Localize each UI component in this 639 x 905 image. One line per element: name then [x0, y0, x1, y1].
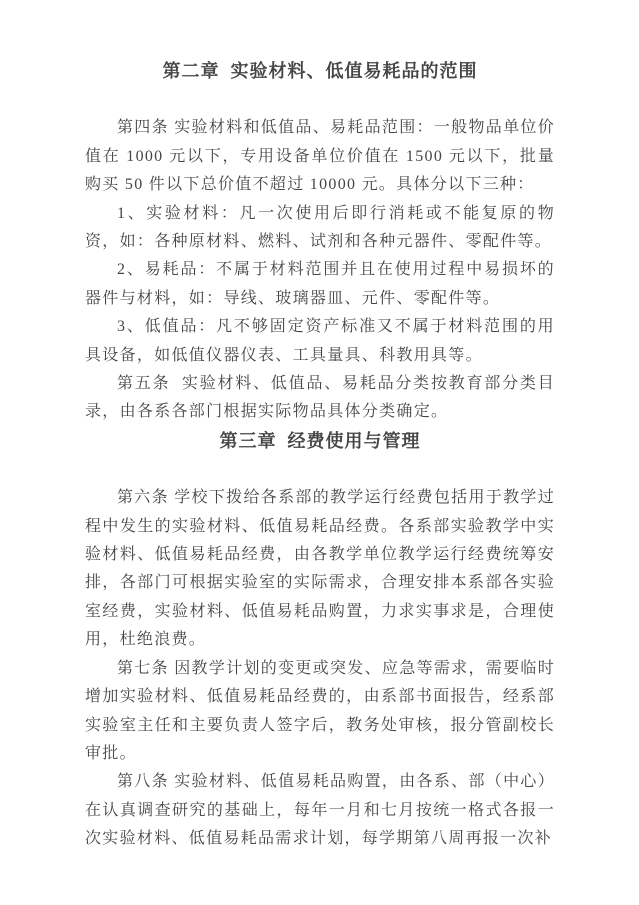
article-6-paragraph: 第六条 学校下拨给各系部的教学运行经费包括用于教学过程中发生的实验材料、低值易耗… — [85, 484, 555, 654]
chapter-3-heading: 第三章 经费使用与管理 — [85, 427, 555, 456]
item-3-low-value-goods: 3、低值品：凡不够固定资产标准又不属于材料范围的用具设备，如低值仪器仪表、工具量… — [85, 313, 555, 370]
article-8-paragraph: 第八条 实验材料、低值易耗品购置，由各系、部（中心）在认真调查研究的基础上，每年… — [85, 768, 555, 853]
article-4-paragraph: 第四条 实验材料和低值品、易耗品范围：一般物品单位价值在 1000 元以下，专用… — [85, 114, 555, 199]
article-7-paragraph: 第七条 因教学计划的变更或突发、应急等需求，需要临时增加实验材料、低值易耗品经费… — [85, 655, 555, 769]
document-page: 第二章 实验材料、低值易耗品的范围 第四条 实验材料和低值品、易耗品范围：一般物… — [0, 0, 639, 905]
article-5-paragraph: 第五条 实验材料、低值品、易耗品分类按教育部分类目录，由各系各部门根据实际物品具… — [85, 370, 555, 427]
chapter-2-heading: 第二章 实验材料、低值易耗品的范围 — [85, 57, 555, 86]
item-2-consumables: 2、易耗品：不属于材料范围并且在使用过程中易损坏的器件与材料，如：导线、玻璃器皿… — [85, 256, 555, 313]
item-1-experimental-materials: 1、实验材料：凡一次使用后即行消耗或不能复原的物资，如：各种原材料、燃料、试剂和… — [85, 200, 555, 257]
